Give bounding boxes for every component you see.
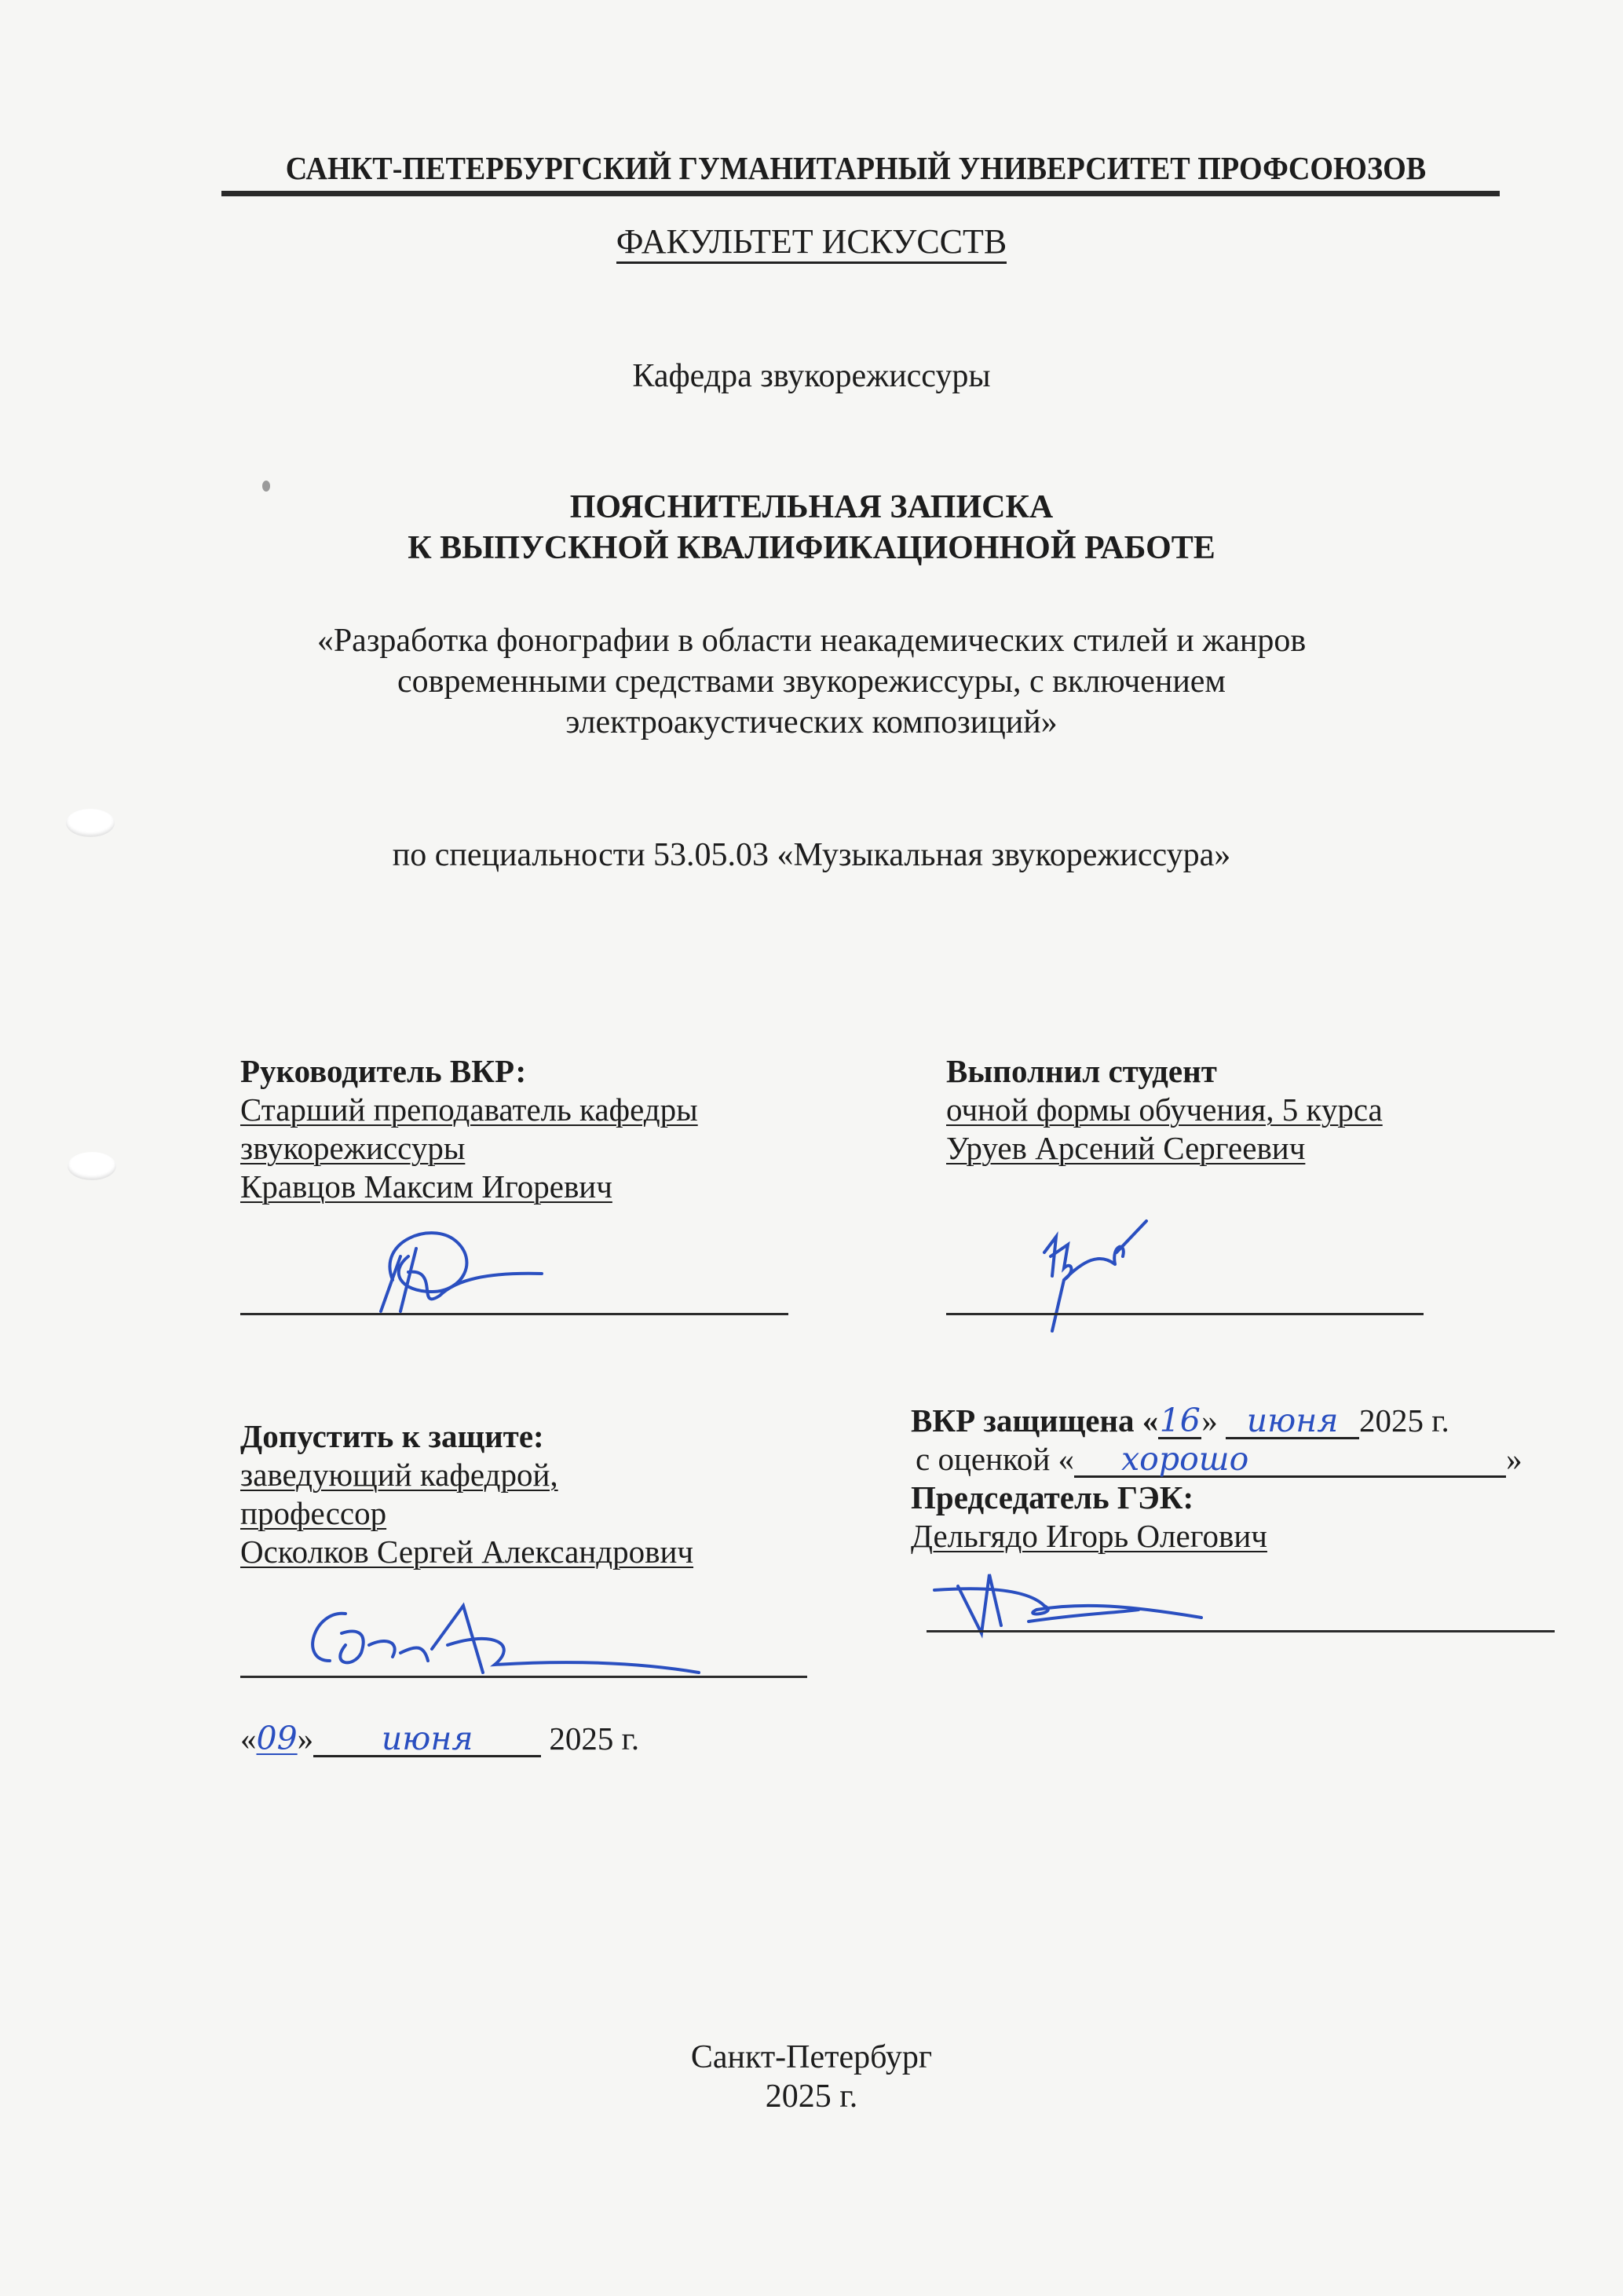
footer: Санкт-Петербург 2025 г. [0, 2038, 1623, 2116]
defense-year: 2025 г. [1359, 1402, 1449, 1439]
admission-signature-line [240, 1676, 807, 1678]
defense-day-text: 16 [1160, 1402, 1201, 1439]
admission-name: Осколков Сергей Александрович [240, 1533, 693, 1571]
defense-date-line: ВКР защищена «16» июня2025 г. [911, 1402, 1522, 1440]
supervisor-signature-line [240, 1313, 788, 1315]
supervisor-position-line-2: звукорежиссуры [240, 1129, 698, 1168]
student-study-form: очной формы обучения, 5 курса [946, 1091, 1383, 1129]
punch-hole-top [66, 809, 115, 837]
student-signature-line [946, 1313, 1424, 1315]
document-title-line-2: К ВЫПУСКНОЙ КВАЛИФИКАЦИОННОЙ РАБОТЕ [0, 528, 1623, 569]
supervisor-block: Руководитель ВКР: Старший преподаватель … [240, 1052, 698, 1206]
department-name: Кафедра звукорежиссуры [0, 357, 1623, 395]
defense-label: ВКР защищена « [911, 1402, 1158, 1439]
supervisor-heading: Руководитель ВКР: [240, 1052, 698, 1091]
supervisor-signature-icon [345, 1225, 565, 1319]
chair-signature-line [927, 1630, 1555, 1632]
footer-city: Санкт-Петербург [0, 2038, 1623, 2077]
admission-block: Допустить к защите: заведующий кафедрой,… [240, 1417, 693, 1571]
document-title: ПОЯСНИТЕЛЬНАЯ ЗАПИСКА К ВЫПУСКНОЙ КВАЛИФ… [0, 487, 1623, 569]
grade-value-text: хорошо [1121, 1440, 1248, 1478]
university-name: САНКТ-ПЕТЕРБУРГСКИЙ ГУМАНИТАРНЫЙ УНИВЕРС… [265, 149, 1448, 187]
defense-day: 16 [1158, 1404, 1201, 1439]
admission-date-open-quote: « [240, 1720, 257, 1757]
thesis-topic-line-3: электроакустических композиций» [0, 702, 1623, 743]
admission-position-line-2: профессор [240, 1494, 693, 1533]
admission-date-day: 09 [257, 1720, 298, 1757]
defense-close-quote: » [1201, 1402, 1218, 1439]
defense-month-text: июня [1247, 1402, 1339, 1439]
admission-date-year: 2025 г. [549, 1720, 639, 1757]
student-heading: Выполнил студент [946, 1052, 1383, 1091]
header-divider [221, 191, 1500, 196]
grade-label: с оценкой « [916, 1441, 1074, 1477]
admission-position-line-1: заведующий кафедрой, [240, 1456, 693, 1494]
admission-heading: Допустить к защите: [240, 1417, 693, 1456]
chair-heading: Председатель ГЭК: [911, 1479, 1522, 1517]
admission-date-month: июня [313, 1722, 541, 1757]
supervisor-name: Кравцов Максим Игоревич [240, 1168, 698, 1206]
admission-date: «09»июня 2025 г. [240, 1720, 639, 1758]
specialty: по специальности 53.05.03 «Музыкальная з… [0, 836, 1623, 874]
admission-date-month-text: июня [382, 1720, 473, 1757]
grade-close-quote: » [1506, 1441, 1522, 1477]
faculty-name-text: ФАКУЛЬТЕТ ИСКУССТВ [616, 222, 1007, 264]
thesis-topic-line-2: современными средствами звукорежиссуры, … [0, 661, 1623, 702]
thesis-topic: «Разработка фонографии в области неакаде… [0, 620, 1623, 743]
chair-name: Дельгядо Игорь Олегович [911, 1517, 1522, 1556]
defense-grade-line: с оценкой «хорошо» [916, 1440, 1522, 1479]
admission-date-close-quote: » [298, 1720, 314, 1757]
student-name: Уруев Арсений Сергеевич [946, 1129, 1383, 1168]
punch-hole-bottom [68, 1152, 116, 1180]
footer-year: 2025 г. [0, 2077, 1623, 2116]
thesis-topic-line-1: «Разработка фонографии в области неакаде… [0, 620, 1623, 661]
admission-signature-icon [298, 1598, 707, 1692]
defense-month: июня [1226, 1404, 1359, 1439]
supervisor-position-line-1: Старший преподаватель кафедры [240, 1091, 698, 1129]
document-title-line-1: ПОЯСНИТЕЛЬНАЯ ЗАПИСКА [0, 487, 1623, 528]
student-block: Выполнил студент очной формы обучения, 5… [946, 1052, 1383, 1168]
defense-block: ВКР защищена «16» июня2025 г. с оценкой … [911, 1402, 1522, 1556]
grade-value: хорошо [1074, 1442, 1506, 1478]
faculty-name: ФАКУЛЬТЕТ ИСКУССТВ [0, 221, 1623, 261]
